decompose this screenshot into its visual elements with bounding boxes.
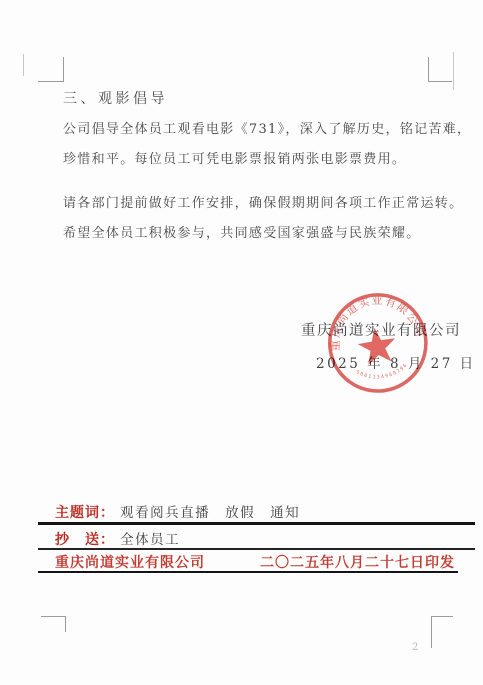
issuer-row: 重庆尚道实业有限公司 二〇二五年八月二十七日印发 [38,552,458,573]
paragraph1-line2: 珍惜和平。每位员工可凭电影票报销两张电影票费用。 [63,148,406,167]
crop-mark-bottom-right-v [431,616,432,648]
svg-text:5001134980296: 5001134980296 [354,361,411,384]
seal-serial-number: 5001134980296 [354,361,411,384]
crop-mark-bottom-left-v [65,616,66,632]
crop-mark-top-left-h [38,81,63,82]
seal-star-icon [356,325,399,366]
issue-date: 二〇二五年八月二十七日印发 [260,552,455,571]
crop-mark-top-right-h [428,81,452,82]
cc-value: 全体员工 [120,532,180,548]
issuer-company: 重庆尚道实业有限公司 [55,552,205,571]
section-heading: 三、观影倡导 [63,88,168,108]
scan-edge-left [23,54,24,76]
subject-words-label: 主题词： [55,505,115,521]
paragraph1-line1: 公司倡导全体员工观看电影《731》，深入了解历史，铭记苦难， [63,118,471,137]
paragraph2-line1: 请各部门提前做好工作安排，确保假期期间各项工作正常运转。 [63,192,463,211]
crop-mark-top-left-v [63,57,64,82]
subject-words-row: 主题词： 观看阅兵直播 放假 通知 [38,501,475,525]
company-seal: 重庆尚道实业有限公司 5001134980296 [298,264,458,424]
cc-row: 抄 送： 全体员工 [38,528,475,550]
subject-words-value: 观看阅兵直播 放假 通知 [120,505,300,521]
cc-label: 抄 送： [55,532,115,548]
scan-edge-right [453,52,454,90]
crop-mark-bottom-right-h [431,616,453,617]
page-number: 2 [412,642,420,653]
scanned-notice-page: 三、观影倡导 公司倡导全体员工观看电影《731》，深入了解历史，铭记苦难， 珍惜… [0,0,483,685]
paragraph2-line2: 希望全体员工积极参与，共同感受国家强盛与民族荣耀。 [63,222,421,241]
crop-mark-bottom-left-h [41,616,65,617]
crop-mark-top-right-v [428,57,429,82]
